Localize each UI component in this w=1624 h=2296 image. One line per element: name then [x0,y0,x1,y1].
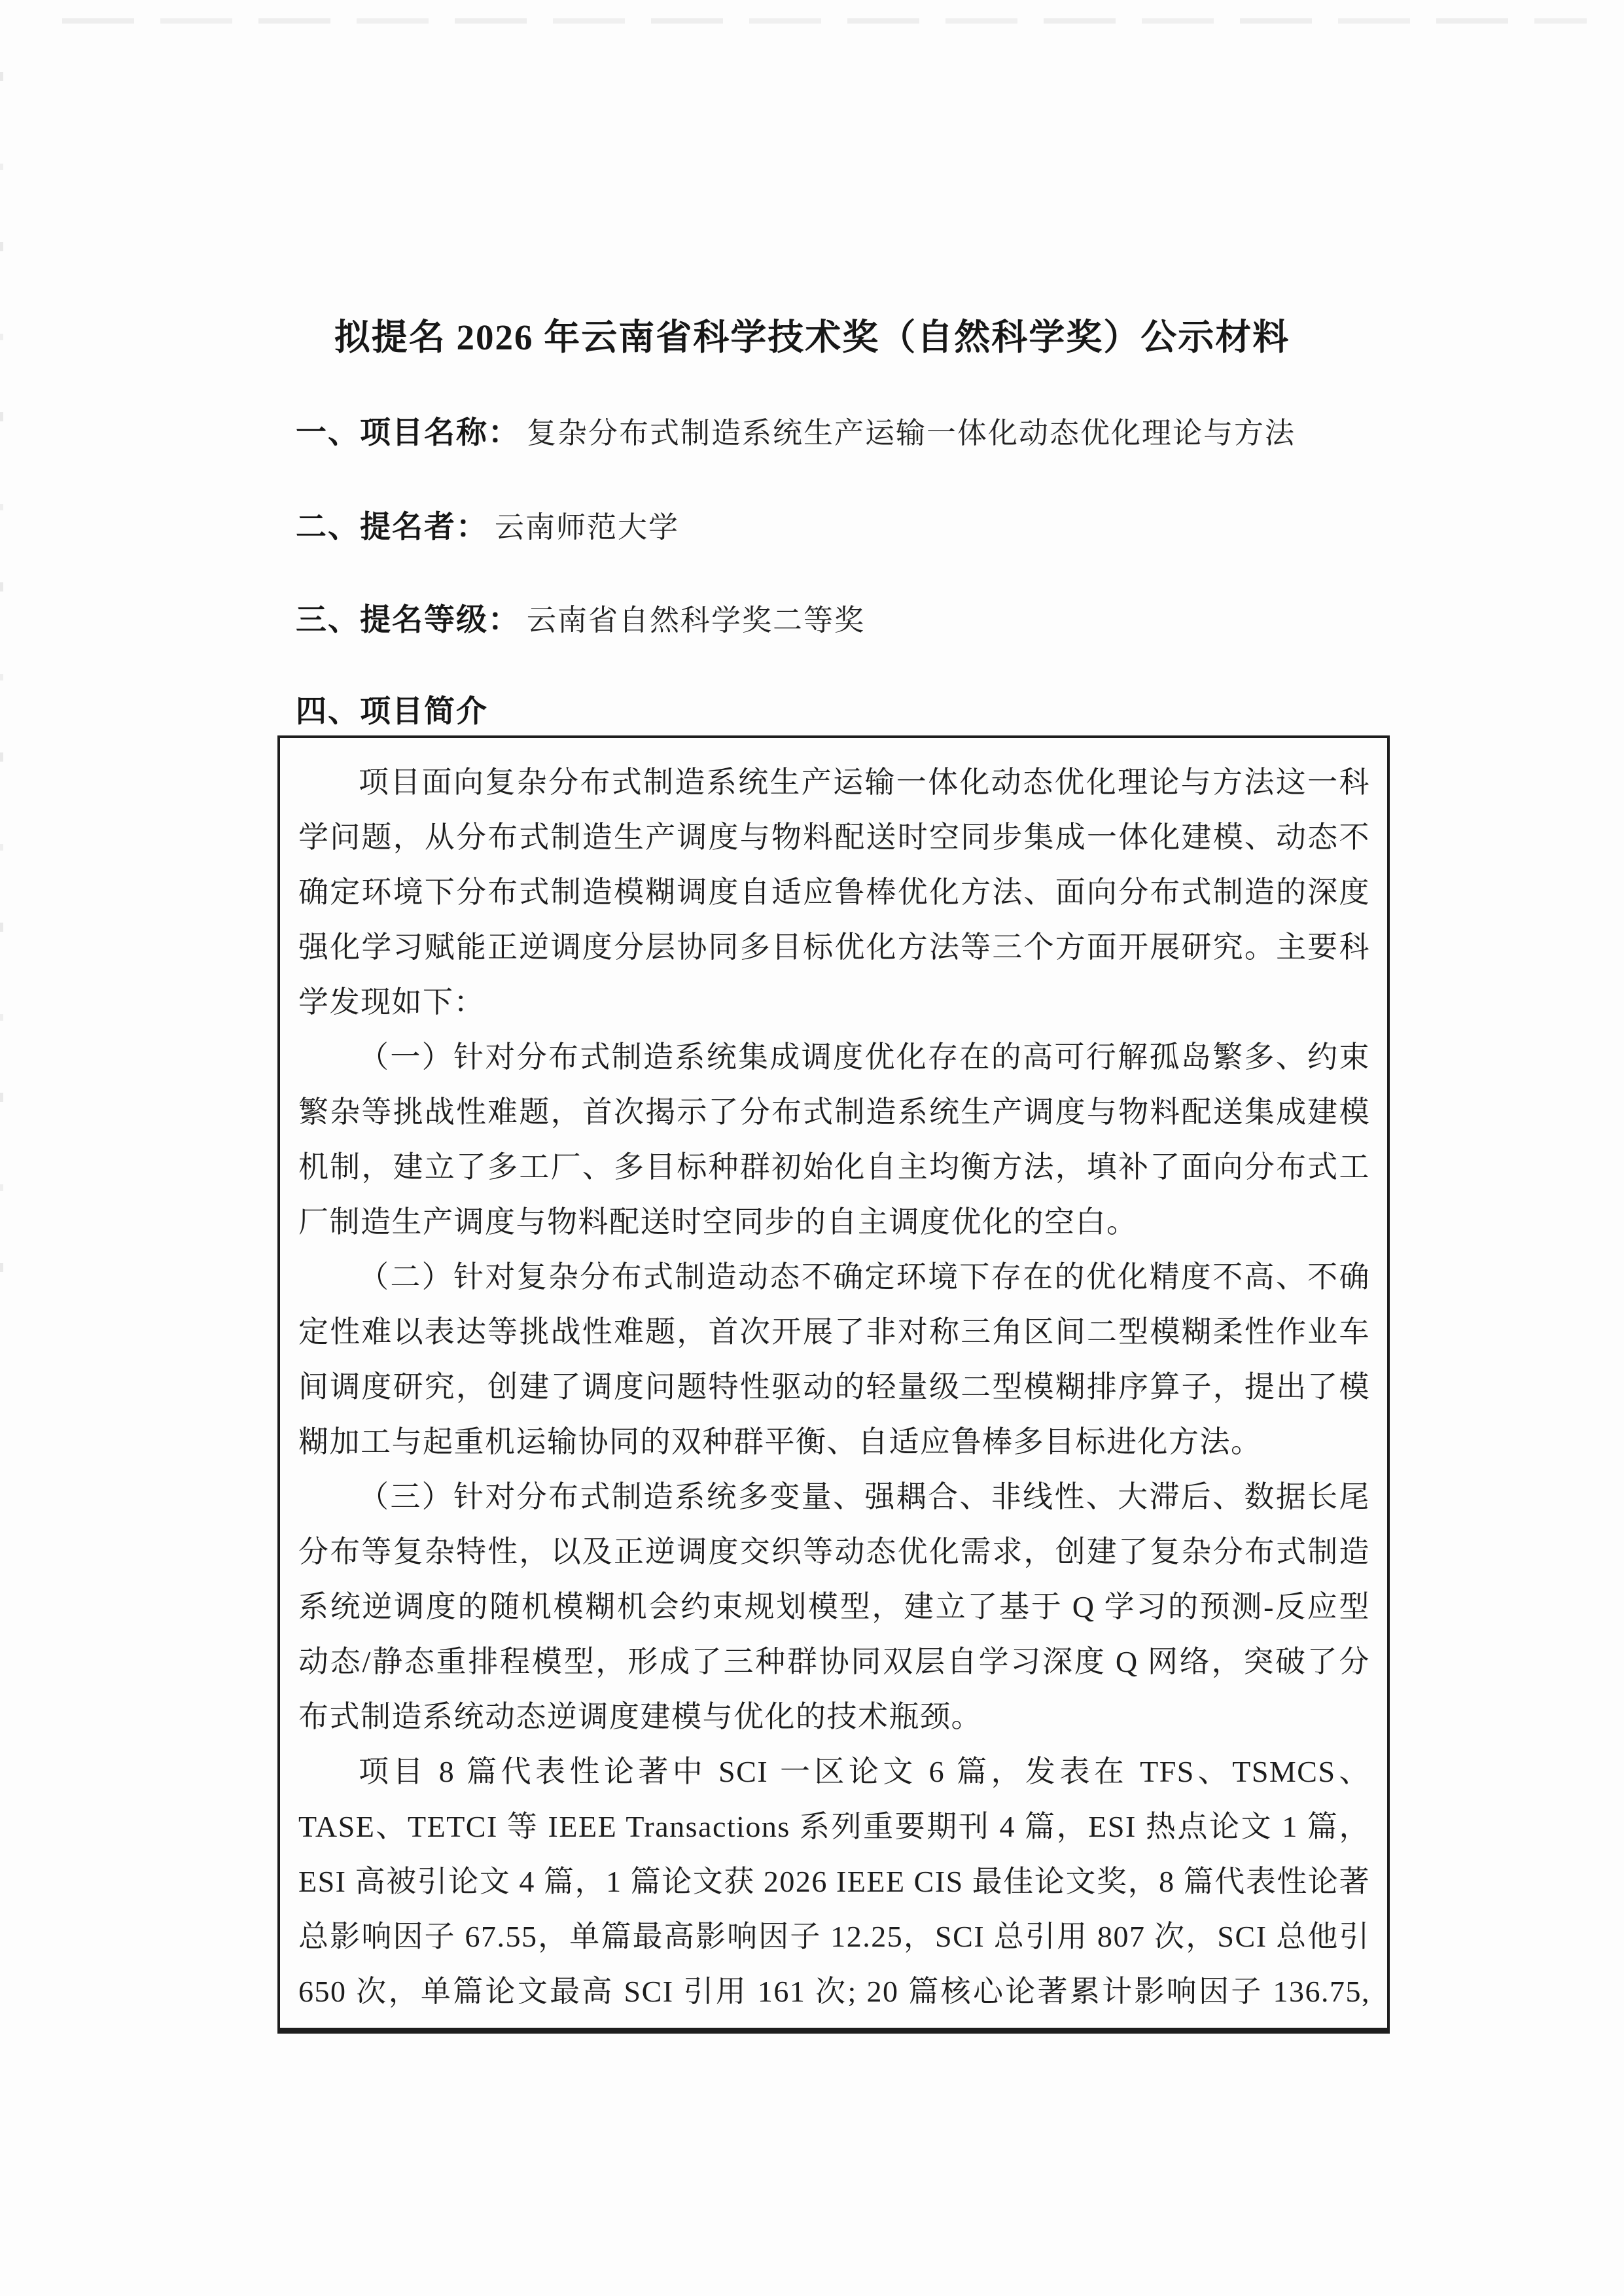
scan-artifact-top-edge [62,18,1587,24]
section-project-name-label: 一、项目名称： [296,415,520,450]
intro-paragraph-publications: 项目 8 篇代表性论著中 SCI 一区论文 6 篇，发表在 TFS、TSMCS、… [298,1744,1370,2034]
section-intro-heading-label: 四、项目简介 [296,694,488,728]
page-title: 拟提名 2026 年云南省科学技术奖（自然科学奖）公示材料 [0,316,1624,359]
section-nomination-grade-label: 三、提名等级： [296,602,520,637]
section-nominator: 二、提名者：云南师范大学 [296,508,1395,554]
section-nomination-grade-value: 云南省自然科学奖二等奖 [527,604,865,637]
section-nominator-label: 二、提名者： [296,509,488,544]
project-intro-box: 项目面向复杂分布式制造系统生产运输一体化动态优化理论与方法这一科学问题，从分布式… [277,735,1390,2034]
section-project-name-value: 复杂分布式制造系统生产运输一体化动态优化理论与方法 [527,417,1296,450]
section-intro-heading: 四、项目简介 [296,692,1395,738]
section-nomination-grade: 三、提名等级：云南省自然科学奖二等奖 [296,601,1395,646]
scan-artifact-left-edge [0,72,3,1348]
intro-paragraph-overview: 项目面向复杂分布式制造系统生产运输一体化动态优化理论与方法这一科学问题，从分布式… [298,755,1370,1030]
intro-paragraph-finding-2: （二）针对复杂分布式制造动态不确定环境下存在的优化精度不高、不确定性难以表达等挑… [298,1250,1370,1470]
section-nominator-value: 云南师范大学 [495,511,679,544]
scanned-document-page: { "document": { "title": "拟提名 2026 年云南省科… [0,0,1624,2296]
section-project-name: 一、项目名称：复杂分布式制造系统生产运输一体化动态优化理论与方法 [296,414,1395,459]
intro-paragraph-finding-1: （一）针对分布式制造系统集成调度优化存在的高可行解孤岛繁多、约束繁杂等挑战性难题… [298,1030,1370,1250]
intro-paragraph-finding-3: （三）针对分布式制造系统多变量、强耦合、非线性、大滞后、数据长尾分布等复杂特性，… [298,1470,1370,1744]
